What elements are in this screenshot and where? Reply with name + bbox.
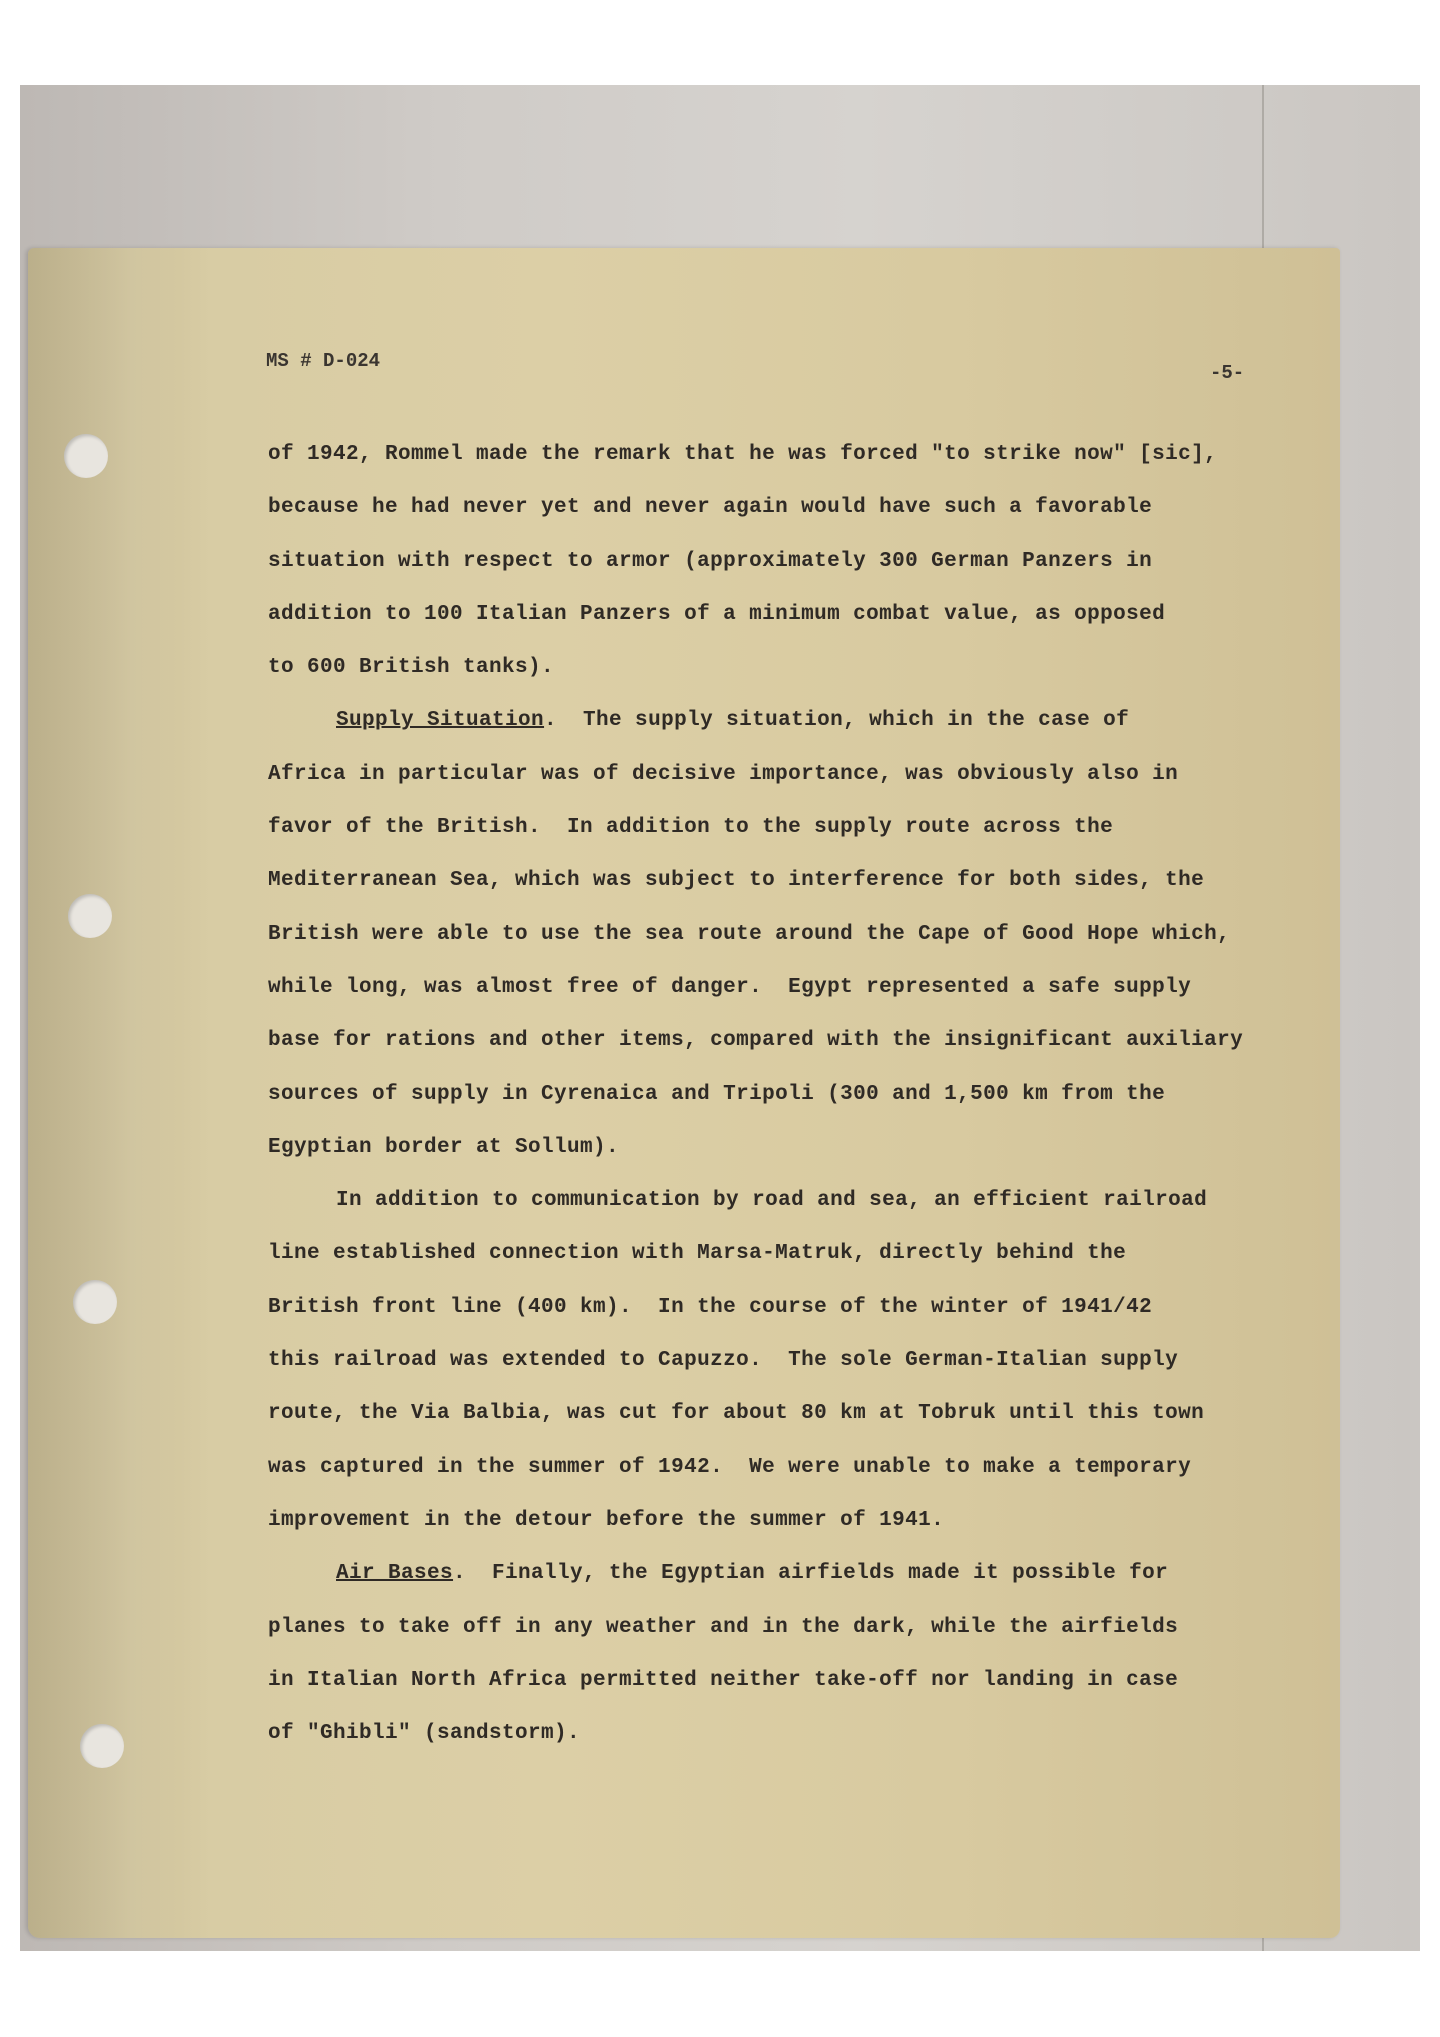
page-binding-shadow <box>28 248 178 1938</box>
text-line: planes to take off in any weather and in… <box>268 1601 1278 1654</box>
punch-hole-icon <box>64 434 108 478</box>
text-line: of "Ghibli" (sandstorm). <box>268 1707 1278 1760</box>
text-line: was captured in the summer of 1942. We w… <box>268 1441 1278 1494</box>
punch-hole-icon <box>68 894 112 938</box>
text-fragment: . Finally, the Egyptian airfields made i… <box>453 1562 1168 1585</box>
text-line: while long, was almost free of danger. E… <box>268 961 1278 1014</box>
manuscript-id: MS # D-024 <box>266 350 380 372</box>
text-line: situation with respect to armor (approxi… <box>268 535 1278 588</box>
text-line: British front line (400 km). In the cour… <box>268 1281 1278 1334</box>
text-line: Mediterranean Sea, which was subject to … <box>268 854 1278 907</box>
punch-hole-icon <box>80 1724 124 1768</box>
paragraph-first-line: In addition to communication by road and… <box>268 1174 1278 1227</box>
page-number: -5- <box>1210 362 1244 384</box>
paragraph-first-line: Supply Situation. The supply situation, … <box>268 694 1278 747</box>
text-fragment: . The supply situation, which in the cas… <box>544 709 1129 732</box>
document-body: of 1942, Rommel made the remark that he … <box>268 428 1278 1760</box>
text-line: of 1942, Rommel made the remark that he … <box>268 428 1278 481</box>
text-line: improvement in the detour before the sum… <box>268 1494 1278 1547</box>
text-line: line established connection with Marsa-M… <box>268 1227 1278 1280</box>
text-line: sources of supply in Cyrenaica and Tripo… <box>268 1068 1278 1121</box>
text-line: Africa in particular was of decisive imp… <box>268 748 1278 801</box>
section-heading-supply-situation: Supply Situation <box>336 709 544 732</box>
section-heading-air-bases: Air Bases <box>336 1562 453 1585</box>
text-line: British were able to use the sea route a… <box>268 908 1278 961</box>
text-line: favor of the British. In addition to the… <box>268 801 1278 854</box>
text-line: to 600 British tanks). <box>268 641 1278 694</box>
text-line: in Italian North Africa permitted neithe… <box>268 1654 1278 1707</box>
text-line: Egyptian border at Sollum). <box>268 1121 1278 1174</box>
text-line: base for rations and other items, compar… <box>268 1014 1278 1067</box>
text-line: because he had never yet and never again… <box>268 481 1278 534</box>
punch-hole-icon <box>73 1280 117 1324</box>
text-line: this railroad was extended to Capuzzo. T… <box>268 1334 1278 1387</box>
paragraph-first-line: Air Bases. Finally, the Egyptian airfiel… <box>268 1547 1278 1600</box>
text-line: route, the Via Balbia, was cut for about… <box>268 1387 1278 1440</box>
text-line: addition to 100 Italian Panzers of a min… <box>268 588 1278 641</box>
